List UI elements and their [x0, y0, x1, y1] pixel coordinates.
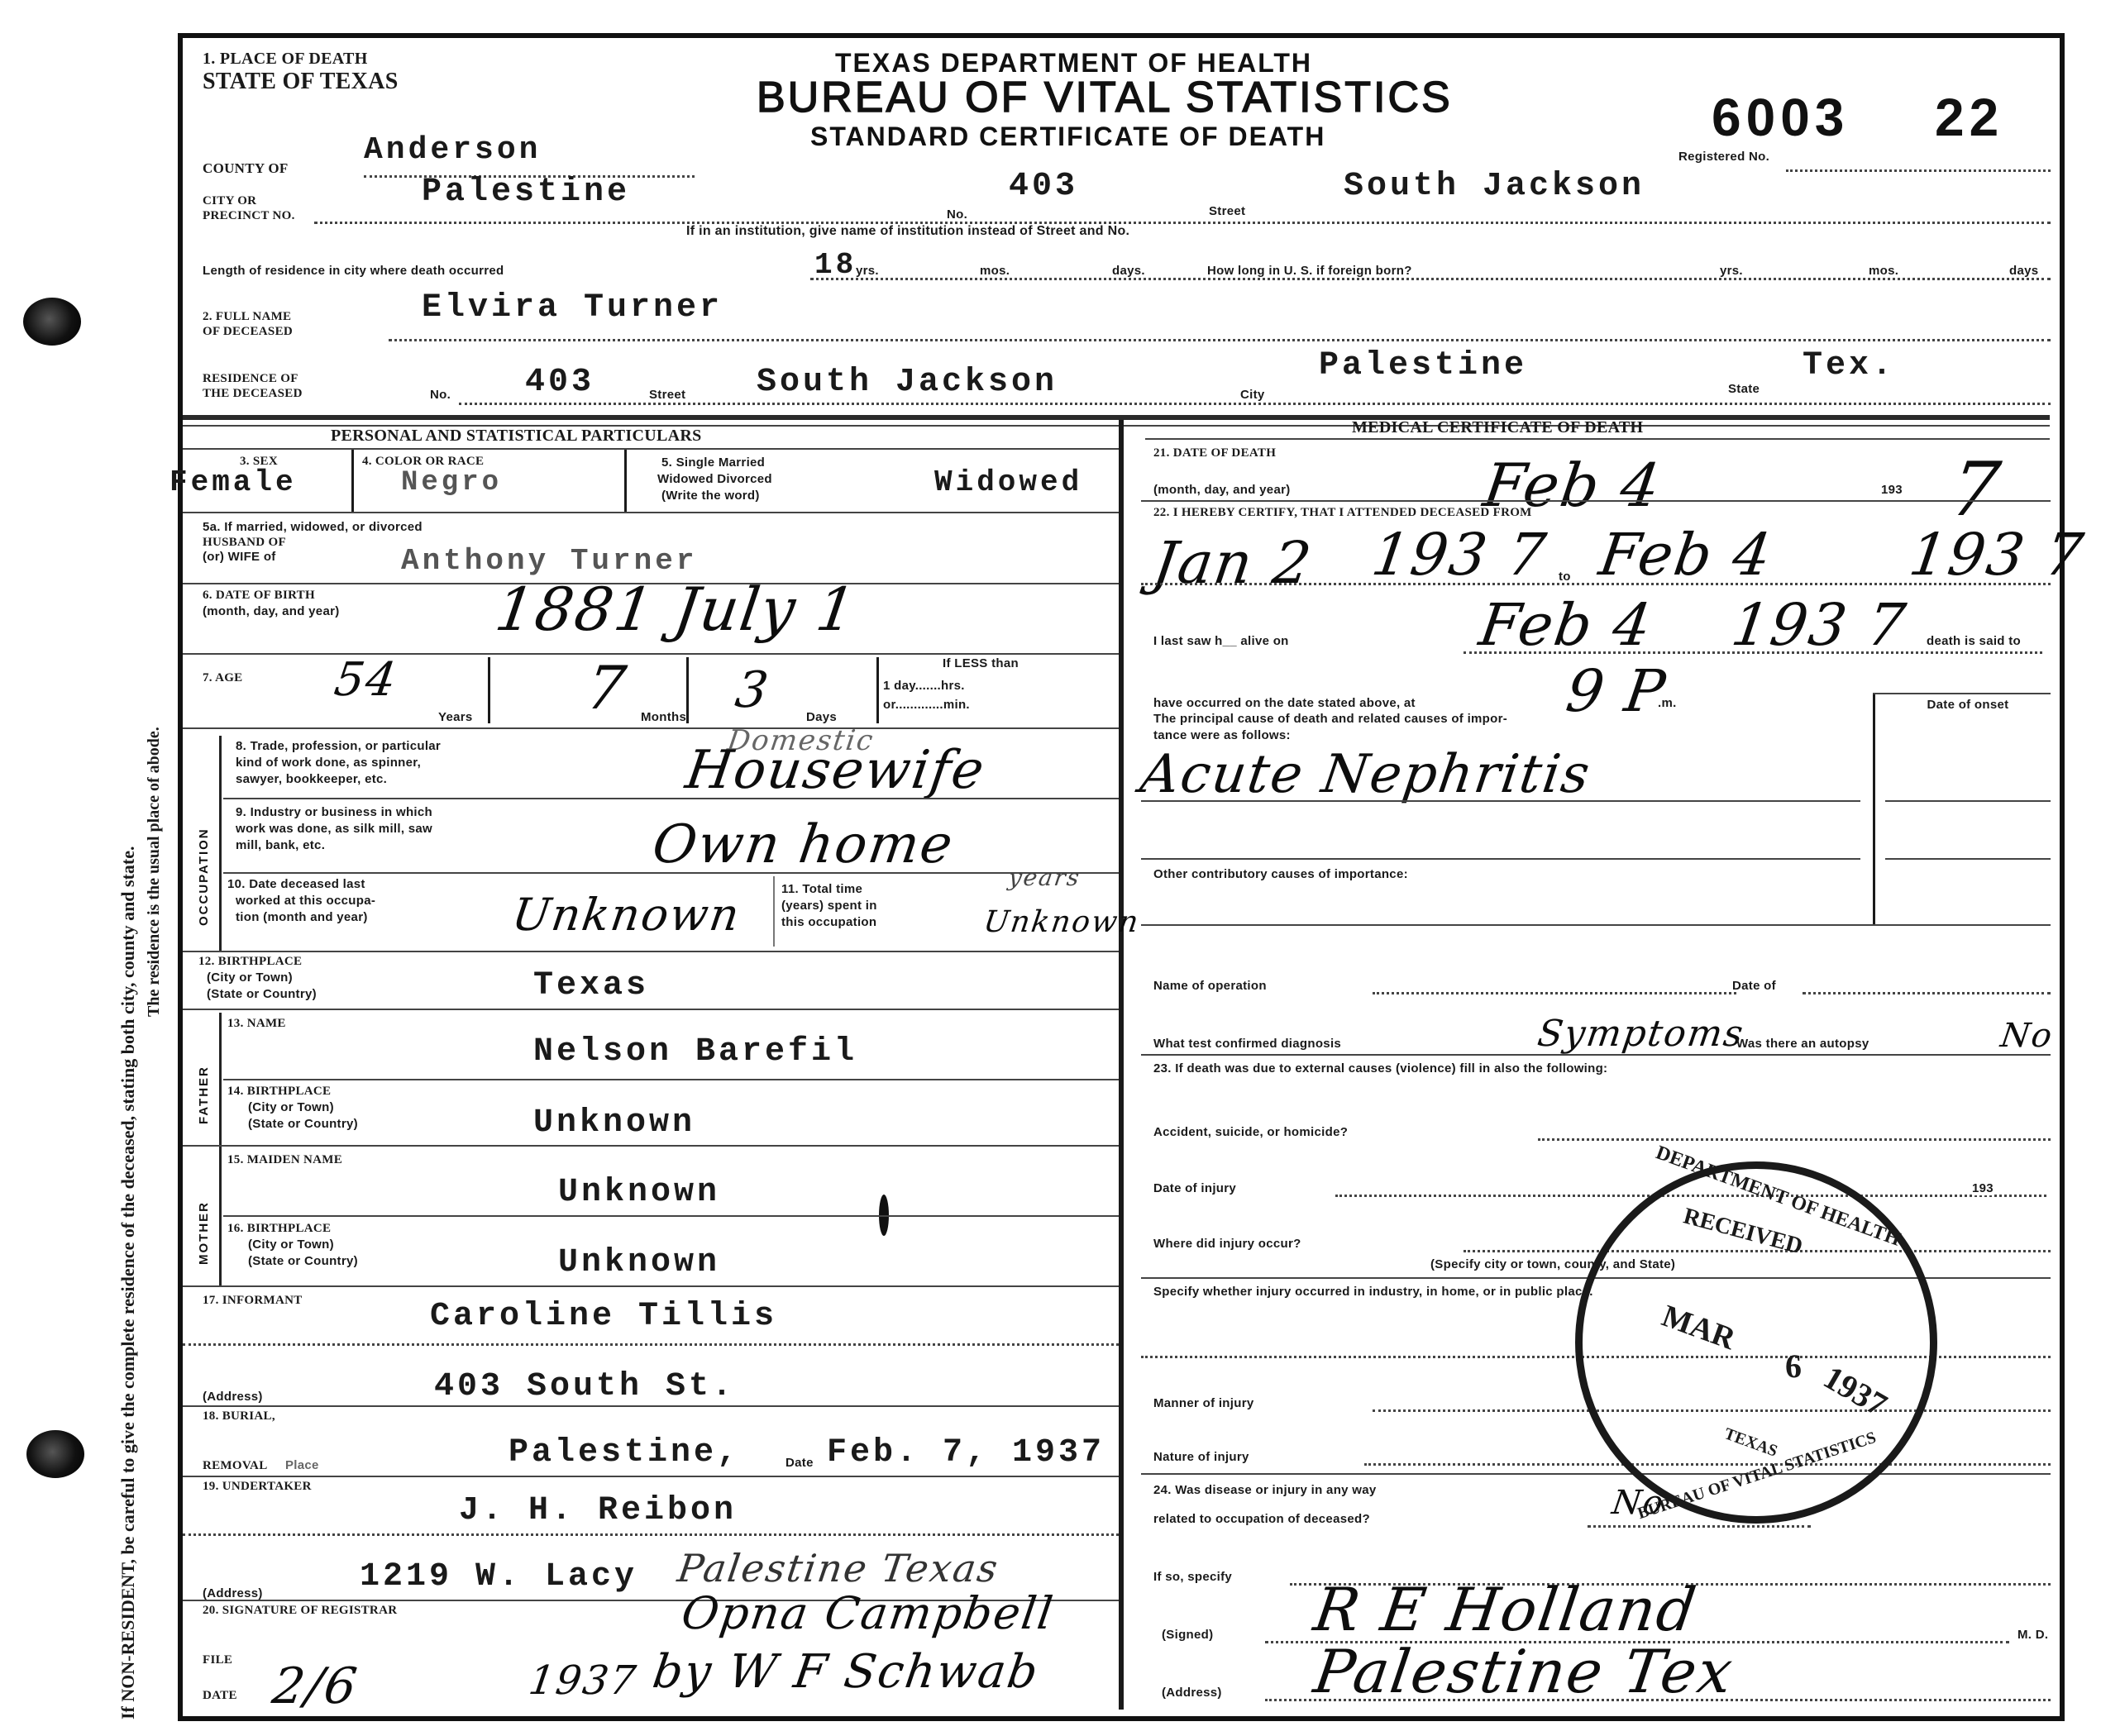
undertaker-address-label: (Address) — [203, 1587, 263, 1600]
city-line — [314, 222, 2051, 224]
file-year-value: 1937 — [526, 1657, 640, 1704]
residence-yrs-label: yrs. — [856, 265, 879, 278]
age-divider-1 — [488, 657, 490, 723]
trade-label-2: kind of work done, as spinner, — [236, 756, 421, 770]
manner-label: Manner of injury — [1153, 1397, 1253, 1410]
burial-place-value: Palestine, — [509, 1434, 740, 1471]
father-bp-label-1: 14. BIRTHPLACE — [227, 1085, 331, 1098]
contributory-rule — [1141, 924, 2051, 926]
external-label: 23. If death was due to external causes … — [1153, 1062, 1607, 1075]
row-rule-age — [183, 727, 1119, 729]
trade-label-1: 8. Trade, profession, or particular — [236, 740, 441, 753]
res-no-value: 403 — [525, 364, 594, 401]
father-name-value: Nelson Barefil — [533, 1033, 857, 1071]
physician-address-value: Palestine Tex — [1310, 1637, 1738, 1706]
informant-line — [183, 1343, 1119, 1346]
full-name-line — [389, 339, 2051, 341]
place-of-death-label: 1. PLACE OF DEATH — [203, 51, 368, 66]
occ-related-line — [1588, 1525, 1811, 1528]
undertaker-address-hand: Palestine Texas — [675, 1546, 1001, 1591]
spouse-value: Anthony Turner — [401, 544, 697, 578]
city-value: Palestine — [422, 174, 630, 211]
burial-label-1: 18. BURIAL, — [203, 1409, 275, 1423]
mother-tab: MOTHER — [197, 1201, 211, 1265]
row-rule-informant — [183, 1405, 1119, 1407]
state-label: STATE OF TEXAS — [203, 70, 399, 93]
file-date-label: DATE — [203, 1689, 237, 1702]
row-rule-marital — [183, 512, 1119, 513]
attended-from-year: 193 7 — [1368, 521, 1551, 589]
registrar-label: 20. SIGNATURE OF REGISTRAR — [203, 1604, 397, 1617]
section-rule-top — [183, 415, 2050, 420]
res-city-label: City — [1240, 389, 1265, 402]
injury-date-label: Date of injury — [1153, 1182, 1236, 1195]
marital-label-3: (Write the word) — [661, 489, 760, 503]
informant-label: 17. INFORMANT — [203, 1294, 303, 1307]
city-label-1: CITY OR — [203, 194, 256, 207]
residence-label-1: RESIDENCE OF — [203, 372, 298, 385]
total-time-label-1: 11. Total time — [781, 883, 862, 896]
where-label: Where did injury occur? — [1153, 1238, 1301, 1251]
contributory-label: Other contributory causes of importance: — [1153, 868, 1408, 881]
last-saw-label: I last saw h__ alive on — [1153, 635, 1289, 648]
undertaker-line — [183, 1533, 1119, 1536]
us-yrs-label: yrs. — [1720, 265, 1743, 278]
burial-date-label: Date — [785, 1457, 814, 1470]
age-divider-3 — [876, 657, 879, 723]
sex-race-divider — [351, 450, 354, 512]
residence-years-value: 18 — [814, 248, 857, 282]
diagnosis-rule — [1141, 1054, 2051, 1056]
residence-length-line — [810, 278, 2051, 280]
occurred-label: have occurred on the date stated above, … — [1153, 697, 1416, 710]
institution-note: If in an institution, give name of insti… — [686, 225, 1129, 238]
burial-date-value: Feb. 7, 1937 — [827, 1434, 1105, 1471]
industry-label-1: 9. Industry or business in which — [236, 806, 432, 819]
informant-address-value: 403 South St. — [434, 1368, 735, 1405]
dod-label-1: 21. DATE OF DEATH — [1153, 446, 1276, 460]
physician-address-label: (Address) — [1162, 1686, 1222, 1700]
registered-suffix: 22 — [1935, 87, 2003, 148]
certify-label: 22. I HEREBY CERTIFY, That I attended de… — [1153, 506, 1532, 519]
cause-rule-2 — [1141, 858, 1860, 860]
row-rule-burial — [183, 1476, 1119, 1477]
attended-to-value: Feb 4 — [1595, 521, 1776, 589]
registered-no-label: Registered No. — [1678, 150, 1769, 164]
race-marital-divider — [624, 450, 627, 512]
spouse-label-2: HUSBAND of — [203, 536, 286, 549]
residence-length-label: Length of residence in city where death … — [203, 265, 504, 278]
file-label: FILE — [203, 1653, 232, 1667]
operation-date-line — [1803, 992, 2051, 994]
nature-label: Nature of injury — [1153, 1451, 1249, 1464]
total-time-label-2: (years) spent in — [781, 899, 877, 913]
undertaker-label: 19. UNDERTAKER — [203, 1480, 312, 1493]
medical-section-title: MEDICAL CERTIFICATE OF DEATH — [1352, 420, 1643, 435]
trade-value: Housewife — [682, 740, 989, 801]
residence-line — [459, 403, 2051, 405]
signed-label: (Signed) — [1162, 1629, 1213, 1642]
m-label: .m. — [1658, 697, 1677, 710]
total-time-value: Unknown — [981, 905, 1142, 939]
accident-line — [1538, 1138, 2051, 1141]
undertaker-value: J. H. Reibon — [459, 1492, 737, 1529]
diagnosis-value: Symptoms — [1535, 1013, 1747, 1055]
father-tab: FATHER — [197, 1066, 211, 1124]
operation-date-label: Date of — [1732, 980, 1776, 993]
autopsy-label: Was there an autopsy — [1736, 1037, 1869, 1051]
birthplace-label-1: 12. BIRTHPLACE — [198, 955, 302, 968]
burial-place-label: Place — [285, 1459, 319, 1472]
birthplace-label-3: (State or Country) — [207, 988, 317, 1001]
us-residence-label: How long in U. S. if foreign born? — [1207, 265, 1412, 278]
informant-address-label: (Address) — [203, 1390, 263, 1404]
street-no-label: No. — [947, 208, 967, 222]
stamp-month: MAR — [1657, 1298, 1740, 1357]
mother-name-value: Unknown — [558, 1174, 720, 1211]
city-label-2: PRECINCT NO. — [203, 209, 295, 222]
dod-year-prefix: 193 — [1881, 484, 1903, 497]
autopsy-value: No — [1998, 1017, 2056, 1055]
mother-name-label: 15. MAIDEN NAME — [227, 1153, 342, 1166]
spouse-label-1: 5a. If married, widowed, or divorced — [203, 521, 423, 534]
operation-label: Name of operation — [1153, 980, 1267, 993]
residence-mos-label: mos. — [980, 265, 1010, 278]
cause-value: Acute Nephritis — [1137, 744, 1595, 805]
mother-bp-label-2: (City or Town) — [248, 1238, 334, 1252]
diagnosis-label: What test confirmed diagnosis — [1153, 1037, 1341, 1051]
column-divider — [1119, 420, 1124, 1710]
physician-signature: R E Holland — [1310, 1575, 1702, 1644]
county-value: Anderson — [364, 132, 541, 168]
spouse-label-3: (or) WIFE of — [203, 551, 276, 564]
sex-value: Female — [170, 465, 297, 499]
occupation-tab: OCCUPATION — [197, 827, 211, 926]
binder-hole-bottom — [26, 1430, 84, 1478]
injury-year-label: 193 — [1972, 1182, 1994, 1195]
row-rule-trade — [223, 798, 1119, 799]
row-rule-dob — [183, 653, 1119, 655]
dob-value: 1881 July 1 — [491, 575, 862, 644]
residence-label-2: THE DECEASED — [203, 387, 303, 400]
mother-bp-label-1: 16. BIRTHPLACE — [227, 1222, 331, 1235]
father-bp-label-2: (City or Town) — [248, 1101, 334, 1114]
mother-bp-value: Unknown — [558, 1244, 720, 1281]
county-label: COUNTY OF — [203, 161, 289, 176]
trade-label-3: sawyer, bookkeeper, etc. — [236, 773, 387, 786]
age-years-label: Years — [438, 711, 473, 724]
full-name-label-1: 2. FULL NAME — [203, 310, 291, 323]
stamp-state: TEXAS — [1721, 1424, 1780, 1461]
occ-related-label-1: 24. Was disease or injury in any way — [1153, 1484, 1377, 1497]
occ-related-label-2: related to occupation of deceased? — [1153, 1513, 1370, 1526]
onset-label: Date of onset — [1914, 699, 2022, 712]
personal-section-title: PERSONAL AND STATISTICAL PARTICULARS — [331, 428, 702, 443]
cause-label-1: The principal cause of death and related… — [1153, 713, 1507, 726]
registered-number: 6003 — [1712, 87, 1849, 148]
onset-rule-1 — [1885, 800, 2051, 802]
onset-column-divider — [1873, 693, 1875, 924]
res-street-value: South Jackson — [757, 364, 1058, 401]
attended-to-year: 193 7 — [1905, 521, 2089, 589]
file-date-value: 2/6 — [269, 1657, 361, 1715]
total-time-note: years — [1007, 864, 1082, 891]
attended-from-value: Jan 2 — [1148, 529, 1316, 597]
row-rule-birthplace — [183, 1009, 1119, 1010]
row-rule-father-name — [223, 1079, 1119, 1080]
last-saw-line — [1464, 651, 2042, 654]
street-value: South Jackson — [1344, 168, 1645, 205]
father-name-label: 13. NAME — [227, 1017, 286, 1030]
personal-title-rule — [183, 448, 1119, 450]
time-value: 9 P — [1562, 657, 1670, 725]
res-no-label: No. — [430, 389, 451, 402]
res-street-label: Street — [649, 389, 685, 402]
undertaker-address-value: 1219 W. Lacy — [360, 1558, 637, 1595]
race-label: 4. COLOR OR RACE — [362, 455, 484, 468]
last-worked-label-2: worked at this occupa- — [236, 894, 375, 908]
cause-rule-1 — [1141, 800, 1860, 802]
total-time-label-3: this occupation — [781, 916, 876, 929]
mother-bp-label-3: (State or Country) — [248, 1255, 358, 1268]
street-label: Street — [1209, 205, 1245, 218]
full-name-value: Elvira Turner — [422, 289, 723, 327]
less-than-label-3: or.............min. — [883, 699, 970, 712]
birthplace-label-2: (City or Town) — [207, 971, 293, 985]
cause-label-2: tance were as follows: — [1153, 729, 1291, 742]
onset-top-rule — [1873, 693, 2051, 694]
operation-line — [1373, 992, 1736, 994]
father-bp-label-3: (State or Country) — [248, 1118, 358, 1131]
md-label: M. D. — [2017, 1629, 2048, 1642]
marital-value: Widowed — [934, 465, 1082, 499]
received-stamp: DEPARTMENT OF HEALTH RECEIVED MAR 6 1937… — [1575, 1161, 1937, 1524]
last-saw-value: Feb 4 — [1475, 591, 1656, 659]
less-than-label-1: If LESS than — [943, 657, 1019, 670]
age-years-value: 54 — [331, 653, 400, 707]
age-divider-2 — [686, 657, 689, 723]
specify-label: Specify whether injury occurred in indus… — [1153, 1285, 1593, 1299]
nature-rule — [1141, 1473, 2051, 1475]
stamp-day: 6 — [1785, 1347, 1802, 1385]
file-by-value: by W F Schwab — [649, 1645, 1042, 1699]
bureau-title: BUREAU OF VITAL STATISTICS — [757, 73, 1453, 122]
industry-label-3: mill, bank, etc. — [236, 839, 325, 852]
if-so-label: If so, specify — [1153, 1571, 1232, 1584]
row-rule-occupation — [183, 951, 1119, 952]
last-worked-value: Unknown — [509, 889, 744, 941]
death-said-label: death is said to — [1927, 635, 2021, 648]
birthplace-value: Texas — [533, 967, 649, 1004]
registered-no-line — [1786, 169, 2051, 172]
row-rule-industry — [223, 872, 1119, 874]
us-mos-label: mos. — [1869, 265, 1898, 278]
medical-title-rule — [1145, 438, 2050, 440]
industry-label-2: work was done, as silk mill, saw — [236, 823, 432, 836]
accident-label: Accident, suicide, or homicide? — [1153, 1126, 1348, 1139]
total-time-divider — [773, 876, 775, 947]
res-state-label: State — [1728, 383, 1760, 396]
attended-line — [1141, 583, 2051, 585]
race-value: Negro — [401, 467, 502, 498]
dob-label-1: 6. DATE OF BIRTH — [203, 589, 315, 602]
father-bp-value: Unknown — [533, 1104, 695, 1142]
res-city-value: Palestine — [1319, 347, 1527, 384]
certificate-title: STANDARD CERTIFICATE OF DEATH — [810, 122, 1325, 152]
row-rule-mother-name — [223, 1215, 1119, 1217]
full-name-label-2: OF DECEASED — [203, 325, 293, 338]
marital-label-2: Widowed Divorced — [657, 473, 772, 486]
age-months-label: Months — [641, 711, 686, 724]
binder-hole-top — [23, 298, 81, 346]
row-rule-father-bp — [183, 1145, 1119, 1147]
res-state-value: Tex. — [1803, 347, 1895, 384]
row-rule-mother-bp — [183, 1285, 1119, 1287]
age-days-label: Days — [806, 711, 837, 724]
industry-value: Own home — [649, 814, 958, 875]
street-no-value: 403 — [1009, 168, 1078, 205]
marital-label-1: 5. Single Married — [661, 456, 765, 470]
last-worked-label-3: tion (month and year) — [236, 911, 368, 924]
registrar-signature: Opna Campbell — [679, 1587, 1058, 1639]
attended-to-label: to — [1559, 570, 1571, 584]
informant-value: Caroline Tillis — [430, 1298, 777, 1335]
last-saw-year: 193 7 — [1727, 591, 1911, 659]
physician-address-line — [1265, 1699, 2051, 1701]
onset-rule-2 — [1885, 858, 2051, 860]
burial-label-2: REMOVAL — [203, 1459, 268, 1472]
row-rule-dod — [1141, 500, 2051, 502]
age-label: 7. AGE — [203, 671, 242, 684]
stamp-year: 1937 — [1817, 1357, 1894, 1424]
us-days-label: days — [2009, 265, 2038, 278]
margin-instruction-line2: The residence is the usual place of abod… — [145, 727, 164, 1017]
less-than-label-2: 1 day.......hrs. — [883, 680, 965, 693]
dod-label-2: (month, day, and year) — [1153, 484, 1291, 497]
margin-instruction-line1: If NON-RESIDENT, be careful to give the … — [117, 846, 139, 1719]
residence-days-label: days. — [1112, 265, 1145, 278]
dob-label-2: (month, day, and year) — [203, 605, 340, 618]
last-worked-label-1: 10. Date deceased last — [227, 878, 365, 891]
